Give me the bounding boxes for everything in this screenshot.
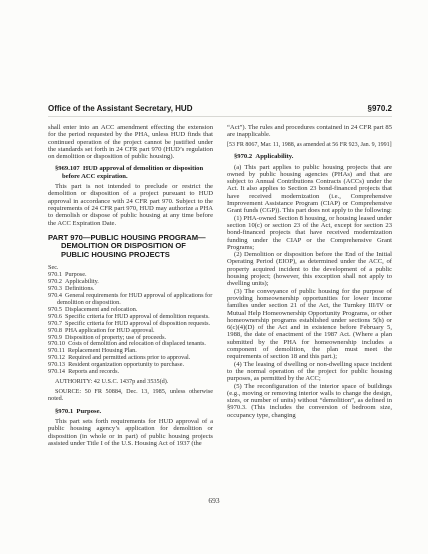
section-heading-970-2: §970.2 Applicability.	[227, 153, 392, 160]
sec-label: Sec.	[48, 264, 213, 271]
running-head: Office of the Assistant Secretary, HUD §…	[48, 104, 392, 117]
continuation-paragraph: “Act”). The rules and procedures contain…	[227, 124, 392, 139]
section-970-2-paragraph-a1: (1) PHA-owned Section 8 housing, or hous…	[227, 215, 392, 251]
toc-entry: 970.4 General requirements for HUD appro…	[48, 293, 213, 307]
section-heading-969-107: §969.107 HUD approval of demolition or d…	[48, 165, 213, 180]
section-970-2-paragraph-a5: (5) The reconfiguration of the interior …	[227, 383, 392, 419]
right-column: “Act”). The rules and procedures contain…	[227, 124, 392, 447]
cfr-page: Office of the Assistant Secretary, HUD §…	[0, 0, 428, 554]
running-head-section-number: §970.2	[368, 104, 392, 113]
section-heading-970-1: §970.1 Purpose.	[48, 408, 213, 415]
continuation-paragraph: shall enter into an ACC amendment effect…	[48, 124, 213, 160]
table-of-sections: 970.1 Purpose. 970.2 Applicability. 970.…	[48, 272, 213, 376]
part-970-heading: PART 970—PUBLIC HOUSING PROGRAM—DEMOLITI…	[48, 234, 213, 259]
authority-note: AUTHORITY: 42 U.S.C. 1437p and 3535(d).	[48, 379, 213, 386]
page-body: shall enter into an ACC amendment effect…	[48, 124, 392, 447]
section-970-2-paragraph-a: (a) This part applies to public housing …	[227, 164, 392, 215]
toc-entry: 970.14 Reports and records.	[48, 369, 213, 376]
section-969-107-paragraph: This part is not intended to preclude or…	[48, 183, 213, 227]
page-number: 693	[0, 496, 428, 505]
left-column: shall enter into an ACC amendment effect…	[48, 124, 213, 447]
source-note: SOURCE: 50 FR 50884, Dec. 13, 1985, unle…	[48, 389, 213, 403]
federal-register-citation: [53 FR 8067, Mar. 11, 1988, as amended a…	[227, 142, 392, 149]
section-970-2-paragraph-a2: (2) Demolition or disposition before the…	[227, 251, 392, 287]
section-970-2-paragraph-a3: (3) The conveyance of public housing for…	[227, 288, 392, 361]
section-970-2-paragraph-a4: (4) The leasing of dwelling or non-dwell…	[227, 361, 392, 383]
running-head-title: Office of the Assistant Secretary, HUD	[48, 104, 192, 113]
section-970-1-paragraph: This part sets forth requirements for HU…	[48, 418, 213, 447]
